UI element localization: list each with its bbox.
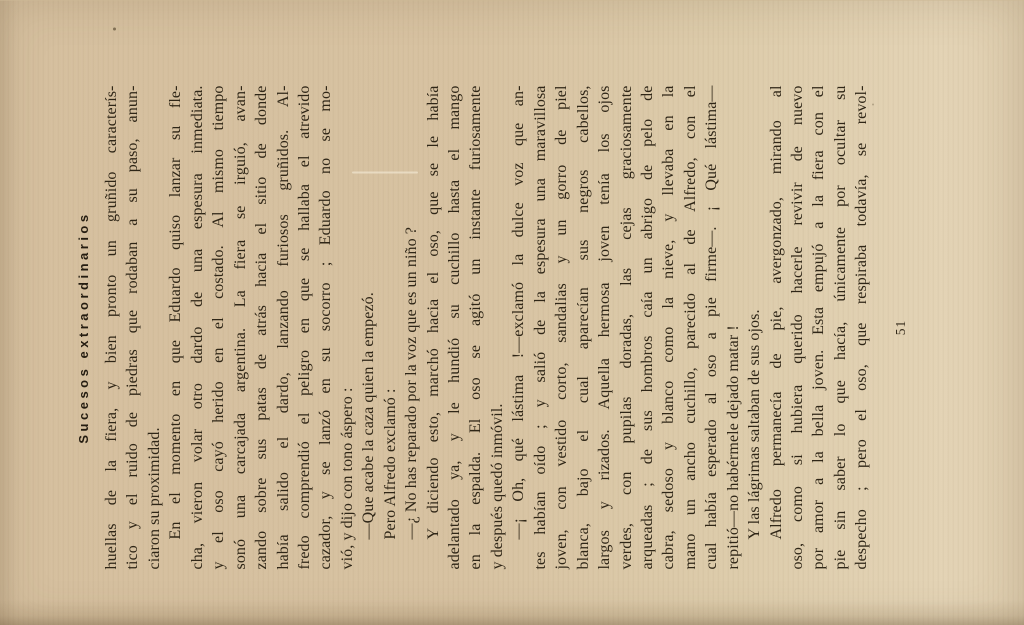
text-line: largos y rizados. Aquella hermosa joven … [594, 85, 615, 569]
paper-speck [872, 103, 874, 105]
paragraph: —¡ Oh, qué lástima !—exclamó la dulce vo… [508, 85, 744, 569]
text-line: Y las lágrimas saltaban de sus ojos. [744, 85, 765, 569]
text-line: sonó una carcajada argentina. La fiera s… [230, 85, 251, 569]
body-text-block: huellas de la fiera, y bien pronto un gr… [101, 85, 873, 569]
paragraph: Alfredo permanecía de pie, avergonzado, … [766, 85, 873, 569]
text-line: —¡ Oh, qué lástima !—exclamó la dulce vo… [508, 85, 529, 569]
paragraph: En el momento en que Eduardo quiso lanza… [165, 85, 358, 569]
text-line: en la espalda. El oso se agitó un instan… [465, 85, 486, 569]
scanned-page-screenshot: Sucesos extraordinarios huellas de la fi… [0, 0, 1024, 625]
text-line: tes habían oído ; y salió de la espesura… [530, 85, 551, 569]
text-line: zando sobre sus patas de atrás hacia el … [251, 85, 272, 569]
text-line: blanca, bajo el cual aparecían sus negro… [573, 85, 594, 569]
text-line: cazador, y se lanzó en su socorro ; Edua… [315, 85, 336, 569]
text-line: huellas de la fiera, y bien pronto un gr… [101, 85, 122, 569]
running-header: Sucesos extraordinarios [76, 85, 91, 569]
text-line: joven, con vestido corto, sandalias y un… [551, 85, 572, 569]
text-line: arqueadas ; de sus hombros caía un abrig… [637, 85, 658, 569]
text-line: adelantado ya, y le hundió su cuchillo h… [444, 85, 465, 569]
text-line: tico y el ruido de piedras que rodaban a… [122, 85, 143, 569]
page-number: 51 [893, 85, 909, 569]
text-line: oso, como si hubiera querido hacerle rev… [787, 85, 808, 569]
text-line: ciaron su proximidad. [144, 85, 165, 569]
text-line: cual había esperado al oso a pie firme—.… [701, 85, 722, 569]
paragraph: Y diciendo esto, marchó hacia el oso, qu… [423, 85, 509, 569]
text-line: mano un ancho cuchillo, parecido al de A… [680, 85, 701, 569]
text-line: vió, y dijo con tono áspero : [337, 85, 358, 569]
text-line: fredo comprendió el peligro en que se ha… [294, 85, 315, 569]
text-line: cha, vieron volar otro dardo de una espe… [187, 85, 208, 569]
text-line: Pero Alfredo exclamó : [380, 85, 401, 569]
text-line: pie sin saber lo que hacía, únicamente p… [830, 85, 851, 569]
text-line: Y diciendo esto, marchó hacia el oso, qu… [423, 85, 444, 569]
book-page: Sucesos extraordinarios huellas de la fi… [0, 0, 1024, 625]
paragraph: Y las lágrimas saltaban de sus ojos. [744, 85, 765, 569]
paragraph: huellas de la fiera, y bien pronto un gr… [101, 85, 165, 569]
text-line: repitió—no habérmele dejado matar ! [723, 85, 744, 569]
text-line: por amor a la bella joven. Esta empujó a… [808, 85, 829, 569]
text-line: En el momento en que Eduardo quiso lanza… [165, 85, 186, 569]
text-line: había salido el dardo, lanzando furiosos… [273, 85, 294, 569]
paper-scratch [352, 171, 418, 173]
text-line: —¿ No has reparado por la voz que es un … [401, 85, 422, 569]
paragraph: —Que acabe la caza quien la empezó. [358, 85, 379, 569]
text-line: —Que acabe la caza quien la empezó. [358, 85, 379, 569]
text-line: verdes, con pupilas doradas, las cejas g… [616, 85, 637, 569]
paper-speck [113, 27, 116, 30]
text-line: y después quedó inmóvil. [487, 85, 508, 569]
text-line: despecho ; pero el oso, que respiraba to… [851, 85, 872, 569]
text-line: Alfredo permanecía de pie, avergonzado, … [766, 85, 787, 569]
paragraph: Pero Alfredo exclamó : [380, 85, 401, 569]
text-line: y el oso cayó herido en el costado. Al m… [208, 85, 229, 569]
paragraph: —¿ No has reparado por la voz que es un … [401, 85, 422, 569]
text-line: cabra, sedoso y blanco como la nieve, y … [658, 85, 679, 569]
